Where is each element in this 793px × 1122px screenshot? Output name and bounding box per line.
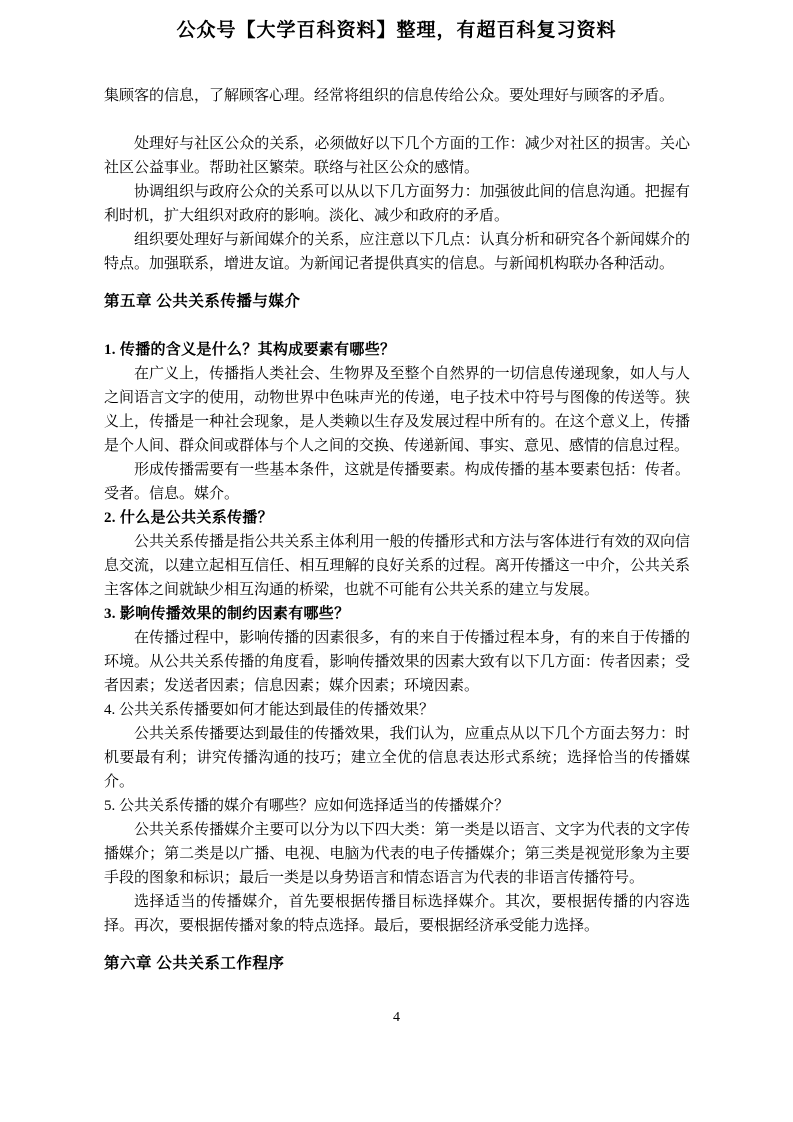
chapter-heading: 第五章 公共关系传播与媒介	[104, 290, 690, 314]
body-paragraph: 选择适当的传播媒介，首先要根据传播目标选择媒介。其次，要根据传播的内容选择。再次…	[104, 890, 690, 938]
body-paragraph: 公共关系传播是指公共关系主体利用一般的传播形式和方法与客体进行有效的双向信息交流…	[104, 530, 690, 602]
question-heading: 5. 公共关系传播的媒介有哪些？应如何选择适当的传播媒介？	[104, 794, 690, 818]
body-paragraph: 形成传播需要有一些基本条件，这就是传播要素。构成传播的基本要素包括：传者。受者。…	[104, 458, 690, 506]
body-paragraph: 处理好与社区公众的关系，必须做好以下几个方面的工作：减少对社区的损害。关心社区公…	[104, 132, 690, 180]
question-heading: 3. 影响传播效果的制约因素有哪些？	[104, 602, 690, 626]
document-body: 集顾客的信息，了解顾客心理。经常将组织的信息传给公众。要处理好与顾客的矛盾。 处…	[104, 84, 690, 1000]
chapter-heading: 第六章 公共关系工作程序	[104, 952, 690, 976]
document-page: { "header": { "text": "公众号【大学百科资料】整理，有超百…	[0, 0, 793, 1122]
body-paragraph: 在传播过程中，影响传播的因素很多，有的来自于传播过程本身，有的来自于传播的环境。…	[104, 626, 690, 698]
body-paragraph: 集顾客的信息，了解顾客心理。经常将组织的信息传给公众。要处理好与顾客的矛盾。	[104, 84, 690, 108]
question-heading: 4. 公共关系传播要如何才能达到最佳的传播效果？	[104, 698, 690, 722]
question-heading: 2. 什么是公共关系传播？	[104, 506, 690, 530]
body-paragraph: 公共关系传播要达到最佳的传播效果，我们认为，应重点从以下几个方面去努力：时机要最…	[104, 722, 690, 794]
question-heading: 1. 传播的含义是什么？其构成要素有哪些？	[104, 338, 690, 362]
body-paragraph: 公共关系传播媒介主要可以分为以下四大类：第一类是以语言、文字为代表的文字传播媒介…	[104, 818, 690, 890]
body-paragraph: 组织要处理好与新闻媒介的关系，应注意以下几点：认真分析和研究各个新闻媒介的特点。…	[104, 228, 690, 276]
page-header: 公众号【大学百科资料】整理，有超百科复习资料	[0, 15, 793, 42]
page-number: 4	[0, 1010, 793, 1026]
body-paragraph: 在广义上，传播指人类社会、生物界及至整个自然界的一切信息传递现象，如人与人之间语…	[104, 362, 690, 458]
body-paragraph: 协调组织与政府公众的关系可以从以下几方面努力：加强彼此间的信息沟通。把握有利时机…	[104, 180, 690, 228]
